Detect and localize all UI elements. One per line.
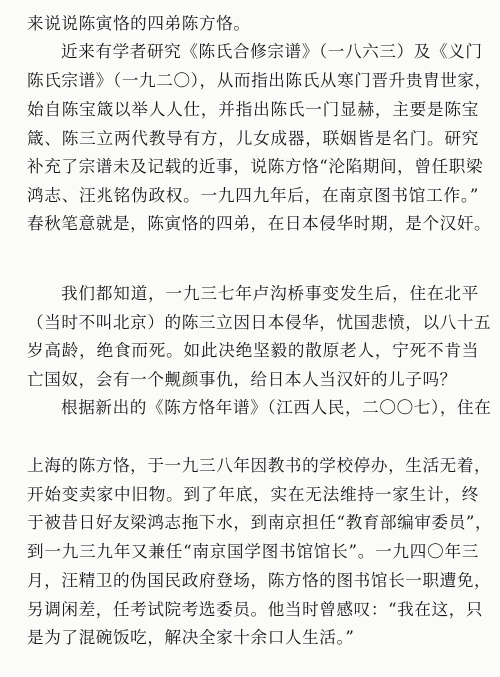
text-line: 于被昔日好友梁鸿志拖下水，到南京担任“教育部编审委员”， xyxy=(27,509,479,537)
text-line: 上海的陈方恪，于一九三八年因教书的学校停办，生活无着， xyxy=(27,452,479,480)
text-line: 亡国奴，会有一个觍颜事仇，给日本人当汉奸的儿子吗？ xyxy=(27,366,479,394)
scanned-book-page: 来说说陈寅恪的四弟陈方恪。 近来有学者研究《陈氏合修宗谱》（一八六三）及《义门 … xyxy=(0,0,500,677)
text-line: 来说说陈寅恪的四弟陈方恪。 xyxy=(27,10,479,38)
text-line-paragraph-start: 根据新出的《陈方恪年谱》（江西人民，二〇〇七），住在 xyxy=(61,394,479,422)
text-line: （当时不叫北京）的陈三立因日本侵华，忧国悲愤，以八十五 xyxy=(27,309,479,337)
text-line: 开始变卖家中旧物。到了年底，实在无法维持一家生计，终 xyxy=(27,481,479,509)
text-line: 月，汪精卫的伪国民政府登场，陈方恪的图书馆长一职遭免， xyxy=(27,567,479,595)
text-line: 箴、陈三立两代教导有方，儿女成器，联姻皆是名门。研究 xyxy=(27,125,479,153)
text-line-paragraph-start: 近来有学者研究《陈氏合修宗谱》（一八六三）及《义门 xyxy=(61,38,479,66)
text-line: 补充了宗谱未及记载的近事，说陈方恪“沦陷期间，曾任职梁 xyxy=(27,153,479,181)
text-line: 始自陈宝箴以举人人仕，并指出陈氏一门显赫，主要是陈宝 xyxy=(27,96,479,124)
text-line: 另调闲差，任考试院考选委员。他当时曾感叹：“我在这，只 xyxy=(27,596,479,624)
text-line: 岁高龄，绝食而死。如此决绝坚毅的散原老人，宁死不肯当 xyxy=(27,337,479,365)
text-line: 春秋笔意就是，陈寅恪的四弟，在日本侵华时期，是个汉奸。 xyxy=(27,210,479,238)
text-line: 是为了混碗饭吃，解决全家十余口人生活。” xyxy=(27,624,479,652)
text-line: 到一九三九年又兼任“南京国学图书馆馆长”。一九四〇年三 xyxy=(27,538,479,566)
text-line: 陈氏宗谱》（一九二〇），从而指出陈氏从寒门晋升贵胄世家， xyxy=(27,67,479,95)
text-line-paragraph-start: 我们都知道，一九三七年卢沟桥事变发生后，住在北平 xyxy=(61,280,479,308)
text-line: 鸿志、汪兆铭伪政权。一九四九年后，在南京图书馆工作。” xyxy=(27,182,479,210)
